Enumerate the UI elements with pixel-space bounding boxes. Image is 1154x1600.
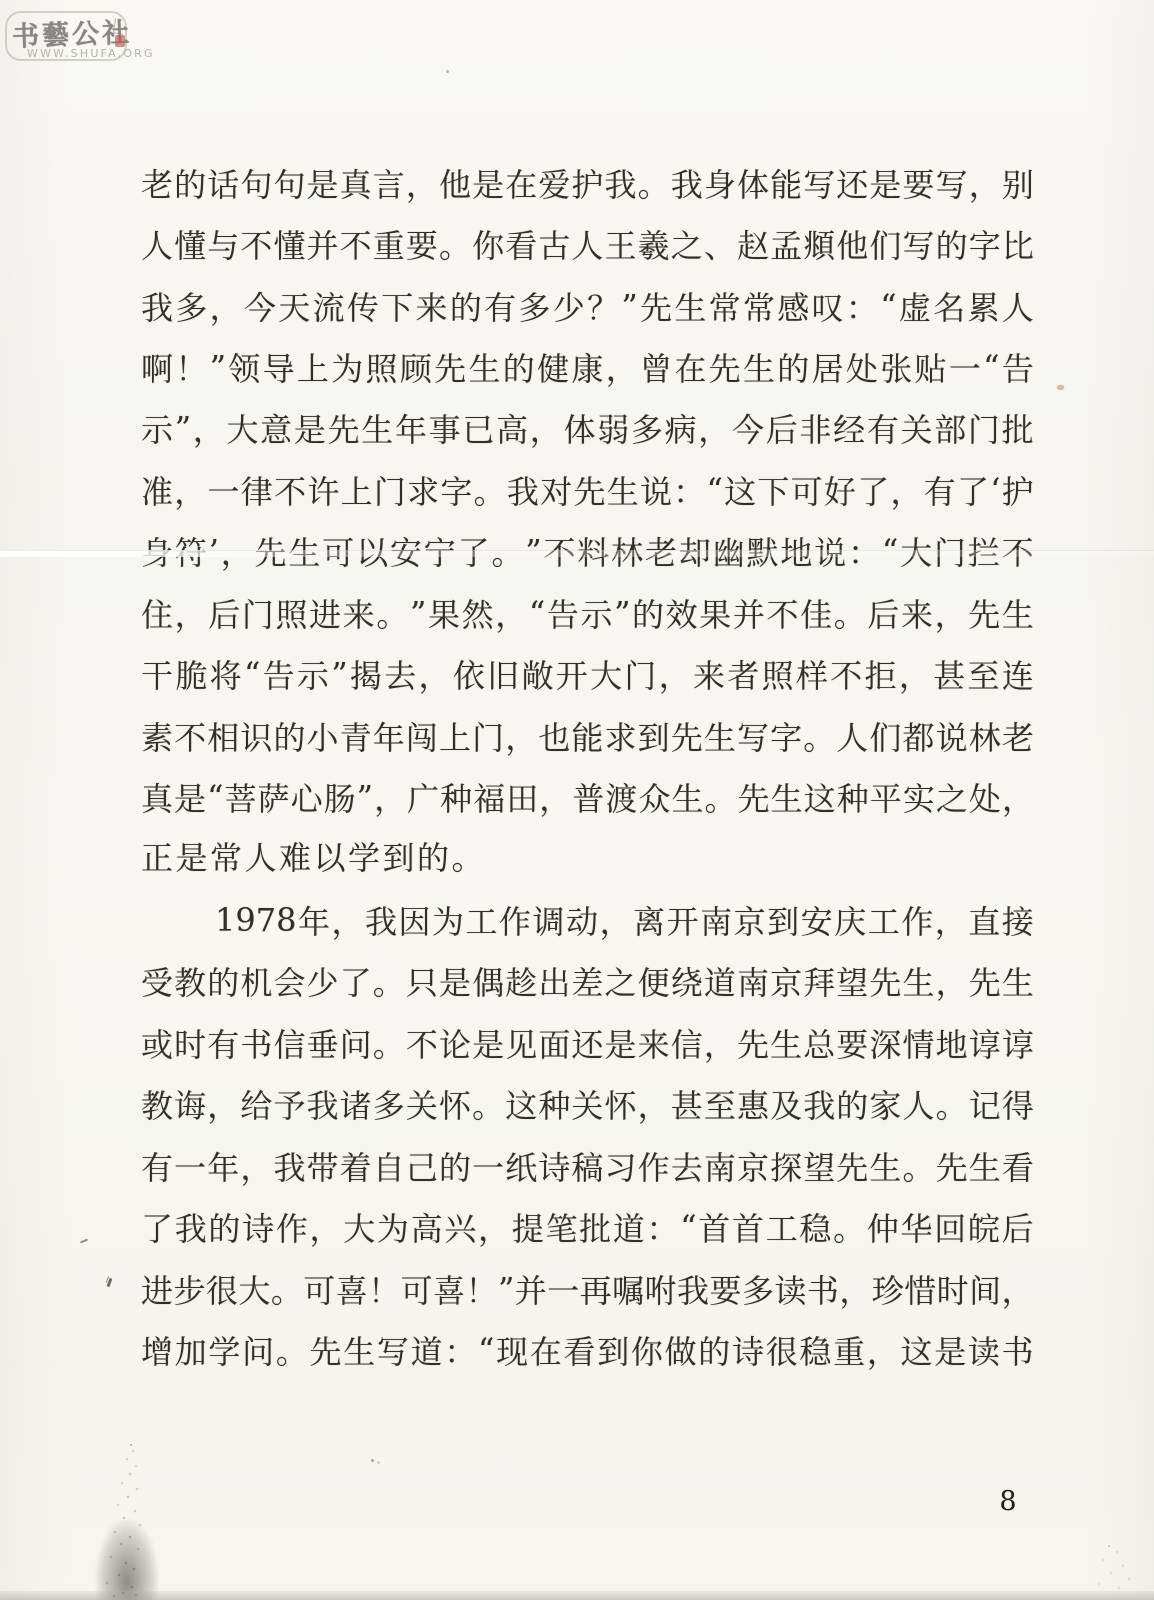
- text-line: 教诲，给予我诸多关怀。这种关怀，甚至惠及我的家人。记得: [141, 1074, 1034, 1135]
- paper-speck: [1057, 385, 1064, 390]
- text-line: 真是“菩萨心肠”，广种福田，普渡众生。先生这种平实之处，: [141, 766, 1034, 827]
- text-line: 受教的机会少了。只是偶趁出差之便绕道南京拜望先生，先生: [141, 951, 1034, 1012]
- paper-speck: [107, 1278, 113, 1287]
- scan-streak-artifact: [0, 550, 1154, 557]
- toner-smudge-artifact: [96, 1520, 158, 1600]
- scanned-document-page: 书藝公社 WWW.SHUFA.ORG 老的话句句是真言，他是在爱护我。我身体能写…: [0, 0, 1154, 1600]
- text-line: 干脆将“告示”揭去，依旧敞开大门，来者照样不拒，甚至连: [141, 644, 1034, 705]
- text-line: 素不相识的小青年闯上门，也能求到先生写字。人们都说林老: [141, 705, 1034, 766]
- text-line: 准，一律不许上门求字。我对先生说：“这下可好了，有了‘护: [141, 459, 1034, 520]
- document-text-block: 老的话句句是真言，他是在爱护我。我身体能写还是要写，别人懂与不懂并不重要。你看古…: [141, 152, 1034, 1381]
- text-line: 老的话句句是真言，他是在爱护我。我身体能写还是要写，别: [141, 152, 1034, 213]
- text-line: 有一年，我带着自己的一纸诗稿习作去南京探望先生。先生看: [141, 1135, 1034, 1196]
- watermark-url: WWW.SHUFA.ORG: [27, 47, 127, 60]
- watermark-stamp: 书藝公社 WWW.SHUFA.ORG: [5, 9, 129, 61]
- text-line: 我多，今天流传下来的有多少？”先生常常感叹：“虚名累人: [141, 275, 1034, 336]
- corner-speckles-artifact: [1108, 1545, 1110, 1547]
- text-line: 增加学问。先生写道：“现在看到你做的诗很稳重，这是读书: [141, 1319, 1034, 1380]
- text-line: 进步很大。可喜！可喜！”并一再嘱咐我要多读书，珍惜时间，: [141, 1258, 1034, 1319]
- text-line: 了我的诗作，大为高兴，提笔批道：“首首工稳。仲华回皖后: [141, 1196, 1034, 1257]
- text-line: 正是常人难以学到的。: [141, 828, 1034, 889]
- watermark-seal-icon: [115, 35, 125, 47]
- text-line: 人懂与不懂并不重要。你看古人王羲之、赵孟頫他们写的字比: [141, 213, 1034, 274]
- paper-speck: [446, 70, 449, 73]
- paper-speck: [371, 1459, 374, 1462]
- text-line: 住，后门照进来。”果然，“告示”的效果并不佳。后来，先生: [141, 582, 1034, 643]
- text-line: 啊！”领导上为照顾先生的健康，曾在先生的居处张贴一“告: [141, 336, 1034, 397]
- scan-bottom-edge: [0, 1591, 1154, 1600]
- watermark-signature-flourish: [113, 18, 125, 34]
- text-line: 示”，大意是先生年事已高，体弱多病，今后非经有关部门批: [141, 398, 1034, 459]
- paper-speck: [80, 1239, 88, 1244]
- text-line: 1978年，我因为工作调动，离开南京到安庆工作，直接: [141, 889, 1034, 950]
- toner-speckles-artifact: [130, 1444, 132, 1446]
- page-number: 8: [993, 1486, 1023, 1517]
- text-line: 或时有书信垂问。不论是见面还是来信，先生总要深情地谆谆: [141, 1012, 1034, 1073]
